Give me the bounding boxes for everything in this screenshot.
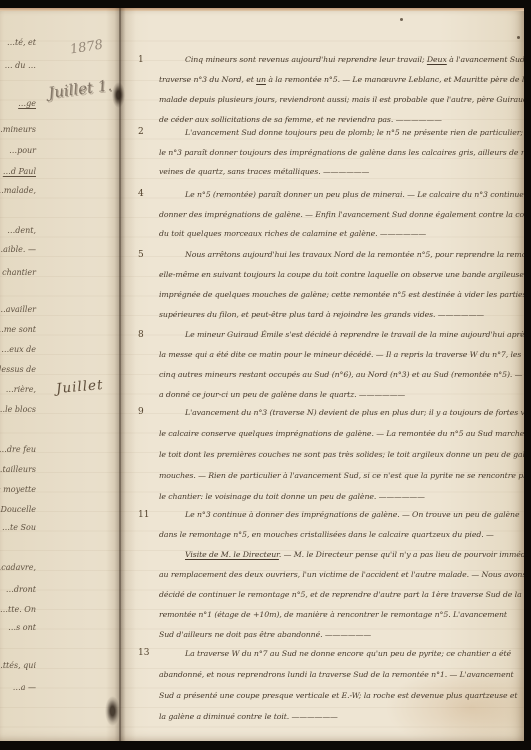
entry-line: imprégnée de quelques mouches de galène;… <box>159 285 524 305</box>
page-fragment: …d Paul <box>0 167 36 176</box>
journal-entry: 8Le mineur Guiraud Émile s'est décidé à … <box>134 325 524 405</box>
journal-entry: Visite de M. le Directeur. — M. le Direc… <box>134 545 524 645</box>
entry-line: Sud a présenté une coupe presque vertica… <box>159 685 524 706</box>
entry-line: supérieures du filon, et peut-être plus … <box>159 305 524 325</box>
entry-line: au remplacement des deux ouvriers, l'un … <box>159 565 524 585</box>
entry-line: la messe qui a été dite ce matin pour le… <box>159 345 524 365</box>
page-fragment: …a — <box>0 683 36 692</box>
page-fragment: …dessus de <box>0 365 36 374</box>
entry-day-number: 9 <box>134 402 159 507</box>
entry-day-number: 5 <box>134 245 159 325</box>
entry-line: L'avancement du n°3 (traverse N) devient… <box>159 402 524 423</box>
entry-day-number: 1 <box>134 50 159 130</box>
entry-line: le n°3 paraît donner toujours des imprég… <box>159 143 524 163</box>
entry-line: Le n°5 (remontée) paraît donner un peu p… <box>159 185 524 205</box>
entry-day-number <box>134 545 159 645</box>
page-fragment: …dre feu <box>0 445 36 454</box>
entry-line: le chantier: le voisinage du toit donne … <box>159 486 524 507</box>
entry-line: la galène a diminué contre le toit. ————… <box>159 706 524 727</box>
entry-line: le toit dont les premières couches ne so… <box>159 444 524 465</box>
entry-line: Le mineur Guiraud Émile s'est décidé à r… <box>159 325 524 345</box>
page-fragment: …tailleurs <box>0 465 36 474</box>
ink-blot-bottom <box>105 696 120 726</box>
page-fragment: …eux de <box>0 345 36 354</box>
journal-entry: 11Le n°3 continue à donner des imprégnat… <box>134 505 524 545</box>
page-fragment: …de moyette <box>0 485 36 494</box>
journal-entries: 1Cinq mineurs sont revenus aujourd'hui r… <box>134 8 524 741</box>
entry-line: dans le remontage n°5, en mouches crista… <box>159 525 524 545</box>
entry-day-number: 4 <box>134 185 159 244</box>
page-fragment: …aible. — <box>0 245 36 254</box>
entry-line: malade depuis plusieurs jours, reviendro… <box>159 90 524 110</box>
page-fragment: …rière, <box>0 385 36 394</box>
entry-day-number: 2 <box>134 123 159 182</box>
page-fragment: …Doucelle <box>0 505 36 514</box>
entry-line: abandonné, et nous reprendrons lundi la … <box>159 664 524 685</box>
paper: …té, et… du ……ge…mineurs…pour…d Paul…mal… <box>0 8 524 741</box>
entry-line: Cinq mineurs sont revenus aujourd'hui re… <box>159 50 524 70</box>
entry-line: La traverse W du n°7 au Sud ne donne enc… <box>159 643 524 664</box>
page-fragment: …dent, <box>0 226 36 235</box>
binding-crease <box>119 8 121 741</box>
entry-day-number: 8 <box>134 325 159 405</box>
entry-line: le calcaire conserve quelques imprégnati… <box>159 423 524 444</box>
entry-day-number: 11 <box>134 505 159 545</box>
entry-line: donner des imprégnations de galène. — En… <box>159 205 524 225</box>
page-fragment: …tte. On <box>0 605 36 614</box>
page-fragment: …dront <box>0 585 36 594</box>
margin-month-note: Juillet <box>55 377 104 397</box>
ink-blot-top <box>112 82 125 108</box>
page-fragment: …le blocs <box>0 405 36 414</box>
binding-gutter <box>106 8 136 741</box>
page-fragment: …le chantier <box>0 268 36 277</box>
journal-entry: 9L'avancement du n°3 (traverse N) devien… <box>134 402 524 507</box>
journal-entry: 13La traverse W du n°7 au Sud ne donne e… <box>134 643 524 727</box>
margin-date: Juillet 1. <box>47 76 113 102</box>
page-fragment: …te Sou <box>0 523 36 532</box>
entry-line: veines de quartz, sans traces métallique… <box>159 162 524 182</box>
page-fragment: …ge <box>0 99 36 108</box>
journal-entry: 5Nous arrêtons aujourd'hui les travaux N… <box>134 245 524 325</box>
entry-line: traverse n°3 du Nord, et un à la remonté… <box>159 70 524 90</box>
entry-line: du toit quelques morceaux riches de cala… <box>159 224 524 244</box>
page-fragment: …availler <box>0 305 36 314</box>
entry-line: cinq autres mineurs restant occupés au S… <box>159 365 524 385</box>
margin-year: 1878 <box>69 38 104 58</box>
page-fragment: …ttés, qui <box>0 661 36 670</box>
entry-line: Le n°3 continue à donner des imprégnatio… <box>159 505 524 525</box>
journal-entry: 2L'avancement Sud donne toujours peu de … <box>134 123 524 182</box>
entry-line: L'avancement Sud donne toujours peu de p… <box>159 123 524 143</box>
page-fragment: …cadavre, <box>0 563 36 572</box>
entry-line: Visite de M. le Directeur. — M. le Direc… <box>159 545 524 565</box>
entry-line: décidé de continuer le remontage n°5, et… <box>159 585 524 605</box>
page-fragment: …me sont <box>0 325 36 334</box>
page-fragment: …s ont <box>0 623 36 632</box>
entry-day-number: 13 <box>134 643 159 727</box>
entry-line: Nous arrêtons aujourd'hui les travaux No… <box>159 245 524 265</box>
journal-entry: 1Cinq mineurs sont revenus aujourd'hui r… <box>134 50 524 130</box>
entry-line: mouches. — Rien de particulier à l'avanc… <box>159 465 524 486</box>
page-fragment: …malade, <box>0 186 36 195</box>
scanned-journal-page: …té, et… du ……ge…mineurs…pour…d Paul…mal… <box>0 0 531 750</box>
page-fragment: …té, et <box>0 38 36 47</box>
page-fragment: … du … <box>0 61 36 70</box>
page-fragment: …pour <box>0 146 36 155</box>
page-fragment: …mineurs <box>0 125 36 134</box>
entry-line: Sud d'ailleurs ne doit pas être abandonn… <box>159 625 524 645</box>
entry-line: remontée n°1 (étage de +10m), de manière… <box>159 605 524 625</box>
journal-entry: 4Le n°5 (remontée) paraît donner un peu … <box>134 185 524 244</box>
entry-line: elle-même en suivant toujours la coupe d… <box>159 265 524 285</box>
